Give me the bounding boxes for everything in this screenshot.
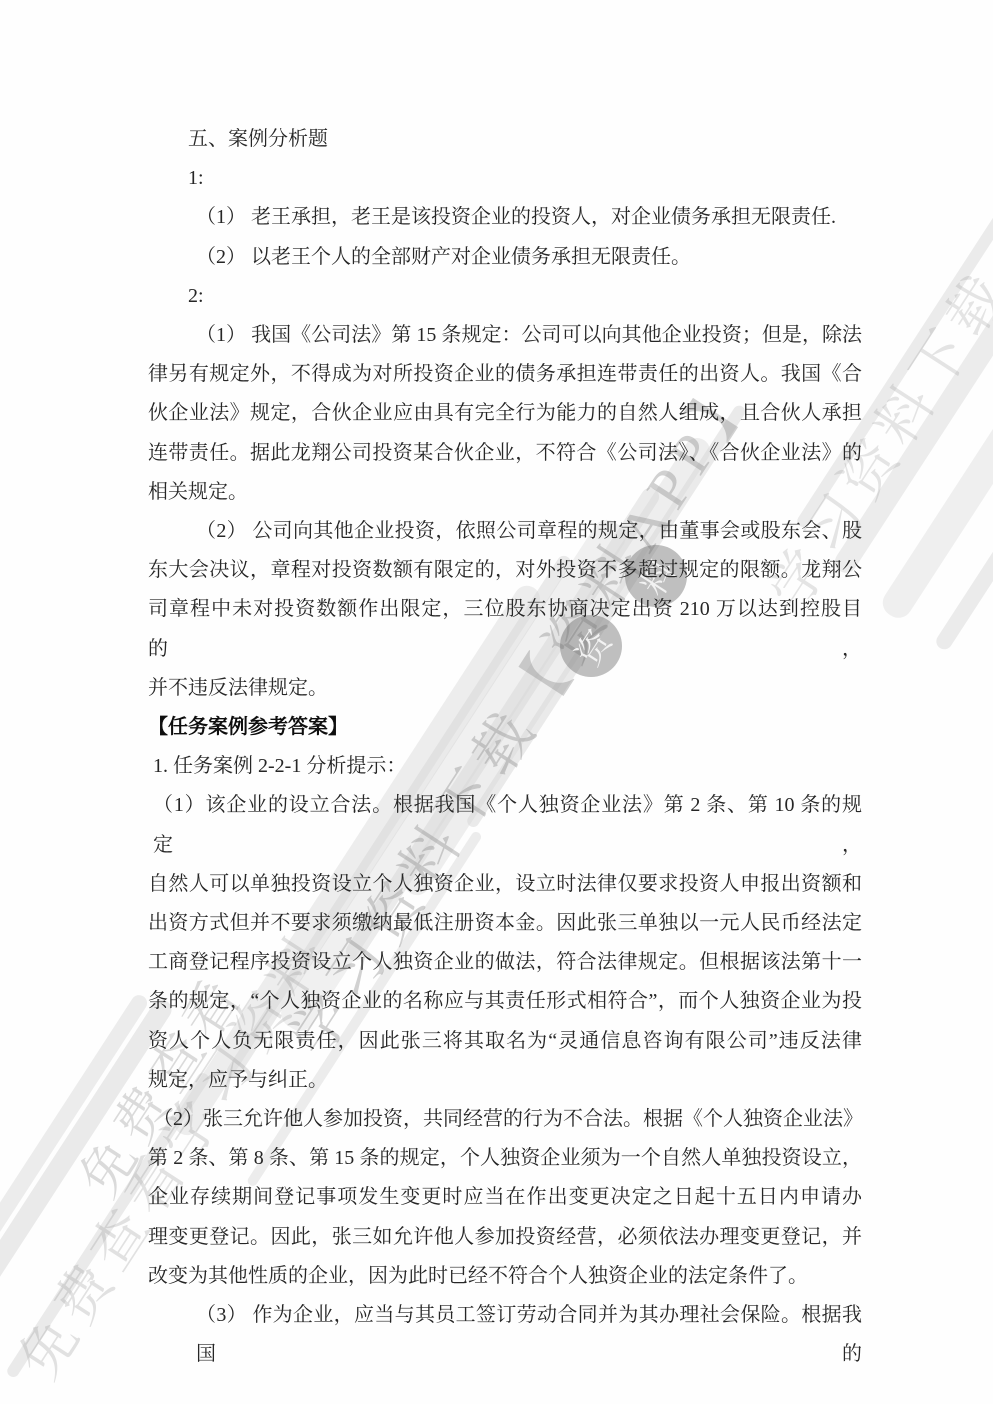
text-line: 工商登记程序投资设立个人独资企业的做法，符合法律规定。但根据该法第十一 (148, 943, 862, 982)
text-line: （3） 作为企业，应当与其员工签订劳动合同并为其办理社会保险。根据我国的 (148, 1296, 862, 1374)
section-heading: 五、案例分析题 (148, 120, 862, 159)
text-line: （2） 公司向其他企业投资，依照公司章程的规定，由董事会或股东会、股 (148, 512, 862, 551)
text-line: 并不违反法律规定。 (148, 669, 862, 708)
answer-heading: 【任务案例参考答案】 (148, 708, 862, 747)
text-line: 第 2 条、第 8 条、第 15 条的规定，个人独资企业须为一个自然人单独投资设… (148, 1139, 862, 1178)
text-line: （2）张三允许他人参加投资，共同经营的行为不合法。根据《个人独资企业法》 (148, 1100, 862, 1139)
text-line: 东大会决议，章程对投资数额有限定的，对外投资不多超过规定的限额。龙翔公 (148, 551, 862, 590)
text-line: 律另有规定外，不得成为对所投资企业的债务承担连带责任的出资人。我国《合 (148, 355, 862, 394)
text-line: 改变为其他性质的企业，因为此时已经不符合个人独资企业的法定条件了。 (148, 1257, 862, 1296)
text-line: 1: (148, 159, 862, 198)
text-line: 1. 任务案例 2-2-1 分析提示： (148, 747, 862, 786)
text-line: 相关规定。 (148, 473, 862, 512)
text-line: 资人个人负无限责任，因此张三将其取名为“灵通信息咨询有限公司”违反法律 (148, 1022, 862, 1061)
text-line: （1） 老王承担，老王是该投资企业的投资人，对企业债务承担无限责任. (148, 198, 862, 237)
text-line: 理变更登记。因此，张三如允许他人参加投资经营，必须依法办理变更登记，并 (148, 1218, 862, 1257)
watermark-stroke (877, 171, 993, 623)
watermark-stroke (0, 992, 150, 1252)
text-line: （1）该企业的设立合法。根据我国《个人独资企业法》第 2 条、第 10 条的规定… (148, 786, 862, 864)
text-line: 司章程中未对投资数额作出限定，三位股东协商决定出资 210 万以达到控股目的， (148, 590, 862, 668)
text-line: 伙企业法》规定，合伙企业应由具有完全行为能力的自然人组成，且合伙人承担 (148, 394, 862, 433)
text-line: 条的规定，“个人独资企业的名称应与其责任形式相符合”，而个人独资企业为投 (148, 982, 862, 1021)
text-line: 企业存续期间登记事项发生变更时应当在作出变更决定之日起十五日内申请办 (148, 1178, 862, 1217)
text-line: 连带责任。据此龙翔公司投资某合伙企业，不符合《公司法》、《合伙企业法》的 (148, 434, 862, 473)
text-line: 规定，应予与纠正。 (148, 1061, 862, 1100)
text-line: 2: (148, 277, 862, 316)
text-line: 出资方式但并不要求须缴纳最低注册资本金。因此张三单独以一元人民币经法定 (148, 904, 862, 943)
text-line: （1） 我国《公司法》第 15 条规定：公司可以向其他企业投资；但是，除法 (148, 316, 862, 355)
text-line: （2） 以老王个人的全部财产对企业债务承担无限责任。 (148, 238, 862, 277)
document-page: 学习资料下载【资料APP】 学习资料下载 免费查看学习资料 免费查看 资 料 五… (0, 0, 993, 1404)
text-line: 自然人可以单独投资设立个人独资企业，设立时法律仅要求投资人申报出资额和 (148, 865, 862, 904)
document-text: 五、案例分析题 1: （1） 老王承担，老王是该投资企业的投资人，对企业债务承担… (148, 120, 862, 1375)
watermark-stroke (933, 241, 993, 652)
